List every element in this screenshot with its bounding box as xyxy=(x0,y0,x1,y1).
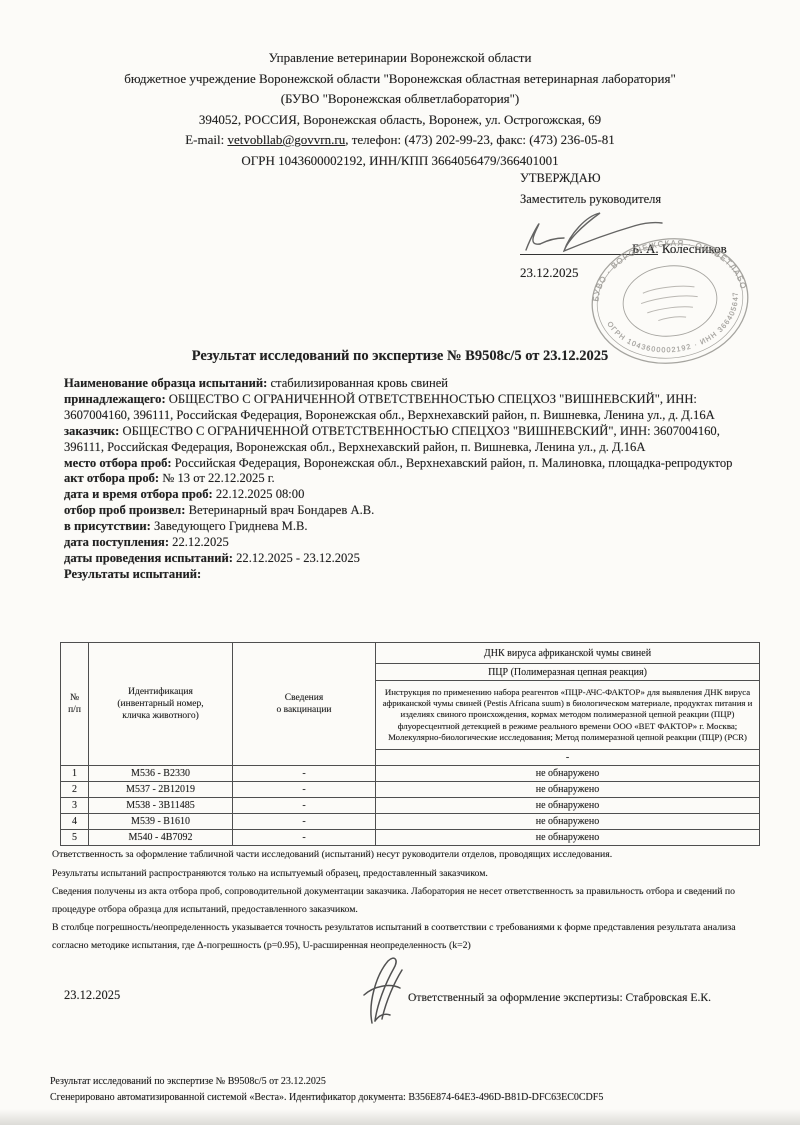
result-cell: не обнаружено xyxy=(376,782,760,798)
vaccination-cell: - xyxy=(233,798,376,814)
vaccination-cell: - xyxy=(233,814,376,830)
note: Ответственность за оформление табличной … xyxy=(52,846,758,864)
detail-value: Российская Федерация, Воронежская обл., … xyxy=(172,456,733,470)
detail-value: Заведующего Гриднева М.В. xyxy=(151,519,308,533)
table-row: 2 M537 - 2B12019 - не обнаружено xyxy=(61,782,760,798)
table-row: 3 M538 - 3B11485 - не обнаружено xyxy=(61,798,760,814)
sample-number-cell: 3 xyxy=(61,798,89,814)
test-method-short-cell: ПЦР (Полимеразная цепная реакция) xyxy=(376,664,760,681)
result-cell: не обнаружено xyxy=(376,830,760,846)
detail-row: место отбора проб: Российская Федерация,… xyxy=(64,456,750,472)
table-row: 5 M540 - 4B7092 - не обнаружено xyxy=(61,830,760,846)
org-full-name-line: бюджетное учреждение Воронежской области… xyxy=(40,69,760,90)
detail-label: Наименование образца испытаний: xyxy=(64,376,267,390)
signoff-date: 23.12.2025 xyxy=(64,988,120,1003)
document-footer: Результат исследований по экспертизе № В… xyxy=(50,1074,770,1105)
sample-id-cell: M537 - 2B12019 xyxy=(89,782,233,798)
org-short-name-line: (БУВО "Воронежская облветлаборатория") xyxy=(40,89,760,110)
results-section-label: Результаты испытаний: xyxy=(64,567,750,583)
detail-row: заказчик: ОБЩЕСТВО С ОГРАНИЧЕННОЙ ОТВЕТС… xyxy=(64,424,750,456)
phone-fax-text: , телефон: (473) 202-99-23, факс: (473) … xyxy=(345,132,615,147)
detail-row: отбор проб произвел: Ветеринарный врач Б… xyxy=(64,503,750,519)
table-row: 4 M539 - B1610 - не обнаружено xyxy=(61,814,760,830)
result-cell: не обнаружено xyxy=(376,798,760,814)
detail-label: отбор проб произвел: xyxy=(64,503,185,517)
detail-row: Наименование образца испытаний: стабилиз… xyxy=(64,376,750,392)
table-row: 1 M536 - B2330 - не обнаружено xyxy=(61,766,760,782)
disclaimer-notes: Ответственность за оформление табличной … xyxy=(52,846,758,955)
detail-row: дата и время отбора проб: 22.12.2025 08:… xyxy=(64,487,750,503)
sample-number-cell: 4 xyxy=(61,814,89,830)
footer-line: Результат исследований по экспертизе № В… xyxy=(50,1074,770,1090)
email-text: vetvobllab@govvrn.ru xyxy=(227,132,345,147)
org-name-line: Управление ветеринарии Воронежской облас… xyxy=(40,48,760,69)
detail-row: акт отбора проб: № 13 от 22.12.2025 г. xyxy=(64,471,750,487)
sample-id-cell: M539 - B1610 xyxy=(89,814,233,830)
responsible-signature-scribble xyxy=(352,955,410,1027)
detail-label: даты проведения испытаний: xyxy=(64,551,233,565)
sample-id-cell: M536 - B2330 xyxy=(89,766,233,782)
detail-row: даты проведения испытаний: 22.12.2025 - … xyxy=(64,551,750,567)
sample-id-cell: M538 - 3B11485 xyxy=(89,798,233,814)
detail-row: дата поступления: 22.12.2025 xyxy=(64,535,750,551)
col-header-identification: Идентификация (инвентарный номер, кличка… xyxy=(89,643,233,766)
detail-label: в присутствии: xyxy=(64,519,151,533)
sample-details: Наименование образца испытаний: стабилиз… xyxy=(64,376,750,583)
detail-value: № 13 от 22.12.2025 г. xyxy=(159,471,275,485)
detail-value: Ветеринарный врач Бондарев А.В. xyxy=(185,503,374,517)
responsible-label: Ответственный за оформление экспертизы: … xyxy=(408,990,778,1005)
uncertainty-cell: - xyxy=(376,750,760,766)
note: Результаты испытаний распространяются то… xyxy=(52,865,758,883)
detail-row: принадлежащего: ОБЩЕСТВО С ОГРАНИЧЕННОЙ … xyxy=(64,392,750,424)
sample-number-cell: 2 xyxy=(61,782,89,798)
sample-number-cell: 1 xyxy=(61,766,89,782)
detail-value: ОБЩЕСТВО С ОГРАНИЧЕННОЙ ОТВЕТСТВЕННОСТЬЮ… xyxy=(64,424,720,454)
responsible-signature-zone xyxy=(352,955,410,1027)
vaccination-cell: - xyxy=(233,782,376,798)
detail-value: 22.12.2025 - 23.12.2025 xyxy=(233,551,360,565)
note: В столбце погрешность/неопределенность у… xyxy=(52,919,758,954)
email-label: E-mail: xyxy=(185,132,227,147)
scanned-document-page: Управление ветеринарии Воронежской облас… xyxy=(0,0,800,1125)
org-contacts-line: E-mail: vetvobllab@govvrn.ru, телефон: (… xyxy=(40,130,760,151)
result-cell: не обнаружено xyxy=(376,766,760,782)
note: Сведения получены из акта отбора проб, с… xyxy=(52,883,758,918)
detail-value: 22.12.2025 xyxy=(169,535,229,549)
footer-line: Сгенерировано автоматизированной системо… xyxy=(50,1090,770,1106)
org-header: Управление ветеринарии Воронежской облас… xyxy=(40,48,760,171)
detail-label: дата и время отбора проб: xyxy=(64,487,213,501)
sample-id-cell: M540 - 4B7092 xyxy=(89,830,233,846)
test-name-cell: ДНК вируса африканской чумы свиней xyxy=(376,643,760,664)
detail-label: заказчик: xyxy=(64,424,119,438)
detail-label: акт отбора проб: xyxy=(64,471,159,485)
sample-number-cell: 5 xyxy=(61,830,89,846)
vaccination-cell: - xyxy=(233,766,376,782)
test-method-full-cell: Инструкция по применению набора реагенто… xyxy=(376,681,760,750)
vaccination-cell: - xyxy=(233,830,376,846)
detail-label: принадлежащего: xyxy=(64,392,166,406)
detail-value: стабилизированная кровь свиней xyxy=(267,376,448,390)
col-header-number: № п/п xyxy=(61,643,89,766)
col-header-vaccination: Сведения о вакцинации xyxy=(233,643,376,766)
result-cell: не обнаружено xyxy=(376,814,760,830)
detail-value: 22.12.2025 08:00 xyxy=(213,487,305,501)
document-title: Результат исследований по экспертизе № В… xyxy=(0,348,800,365)
detail-label: место отбора проб: xyxy=(64,456,172,470)
results-table: № п/п Идентификация (инвентарный номер, … xyxy=(60,642,760,846)
detail-row: в присутствии: Заведующего Гриднева М.В. xyxy=(64,519,750,535)
approval-title: УТВЕРЖДАЮ xyxy=(520,168,790,189)
stamp-inner-marks xyxy=(640,284,700,323)
org-address-line: 394052, РОССИЯ, Воронежская область, Вор… xyxy=(40,110,760,131)
detail-label: дата поступления: xyxy=(64,535,169,549)
